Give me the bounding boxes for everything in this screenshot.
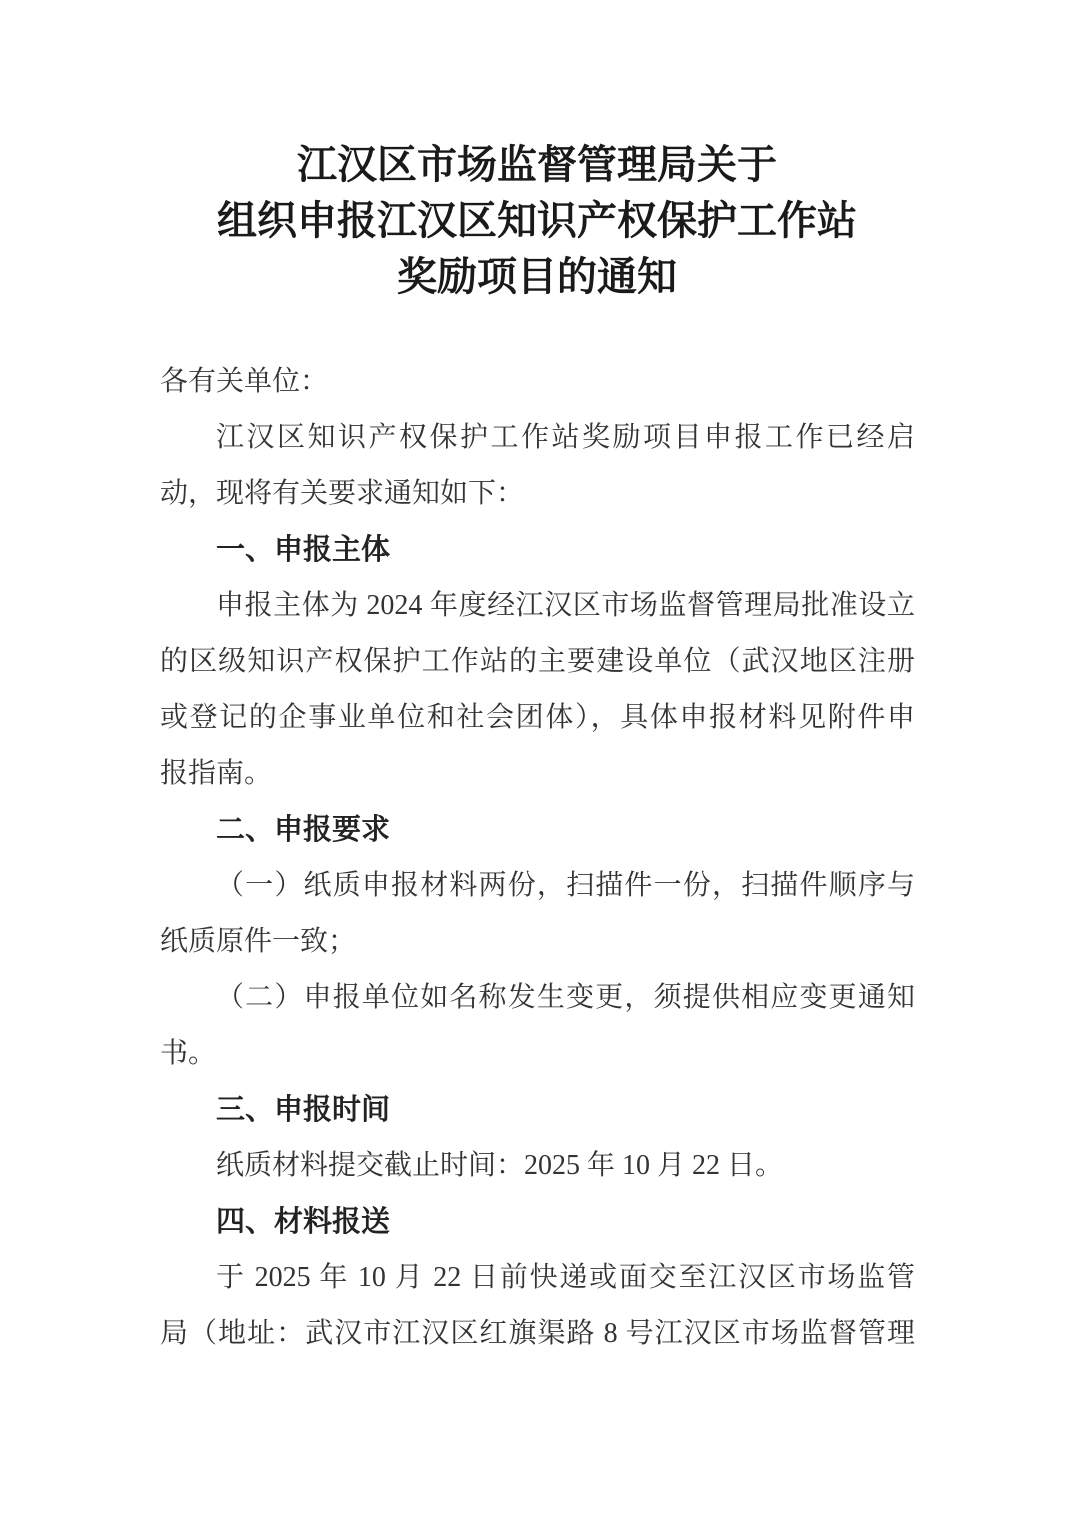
section-4-line-1: 于 2025 年 10 月 22 日前快递或面交至江汉区市场监管 [160,1250,915,1306]
section-2-item-1-line-2: 纸质原件一致； [160,914,915,970]
intro-paragraph-line-2: 动，现将有关要求通知如下： [160,466,915,522]
section-1-heading: 一、申报主体 [160,522,915,578]
section-2-item-1-line-1: （一）纸质申报材料两份，扫描件一份，扫描件顺序与 [160,858,915,914]
section-1-line-3: 或登记的企事业单位和社会团体），具体申报材料见附件申 [160,690,915,746]
section-4-line-2: 局（地址：武汉市江汉区红旗渠路 8 号江汉区市场监督管理 [160,1306,915,1362]
document-title: 江汉区市场监督管理局关于 组织申报江汉区知识产权保护工作站 奖励项目的通知 [0,137,1074,305]
document-page: 江汉区市场监督管理局关于 组织申报江汉区知识产权保护工作站 奖励项目的通知 各有… [0,0,1074,1520]
section-4-heading: 四、材料报送 [160,1194,915,1250]
section-3-line-1: 纸质材料提交截止时间：2025 年 10 月 22 日。 [160,1138,915,1194]
title-line-1: 江汉区市场监督管理局关于 [0,137,1074,193]
section-1-line-4: 报指南。 [160,746,915,802]
section-1-line-2: 的区级知识产权保护工作站的主要建设单位（武汉地区注册 [160,634,915,690]
section-2-item-2-line-2: 书。 [160,1026,915,1082]
salutation-line: 各有关单位： [160,354,915,410]
title-line-2: 组织申报江汉区知识产权保护工作站 [0,193,1074,249]
title-line-3: 奖励项目的通知 [0,249,1074,305]
section-2-heading: 二、申报要求 [160,802,915,858]
document-body: 各有关单位： 江汉区知识产权保护工作站奖励项目申报工作已经启 动，现将有关要求通… [160,354,915,1362]
intro-paragraph-line-1: 江汉区知识产权保护工作站奖励项目申报工作已经启 [160,410,915,466]
section-1-line-1: 申报主体为 2024 年度经江汉区市场监督管理局批准设立 [160,578,915,634]
section-3-heading: 三、申报时间 [160,1082,915,1138]
section-2-item-2-line-1: （二）申报单位如名称发生变更，须提供相应变更通知 [160,970,915,1026]
